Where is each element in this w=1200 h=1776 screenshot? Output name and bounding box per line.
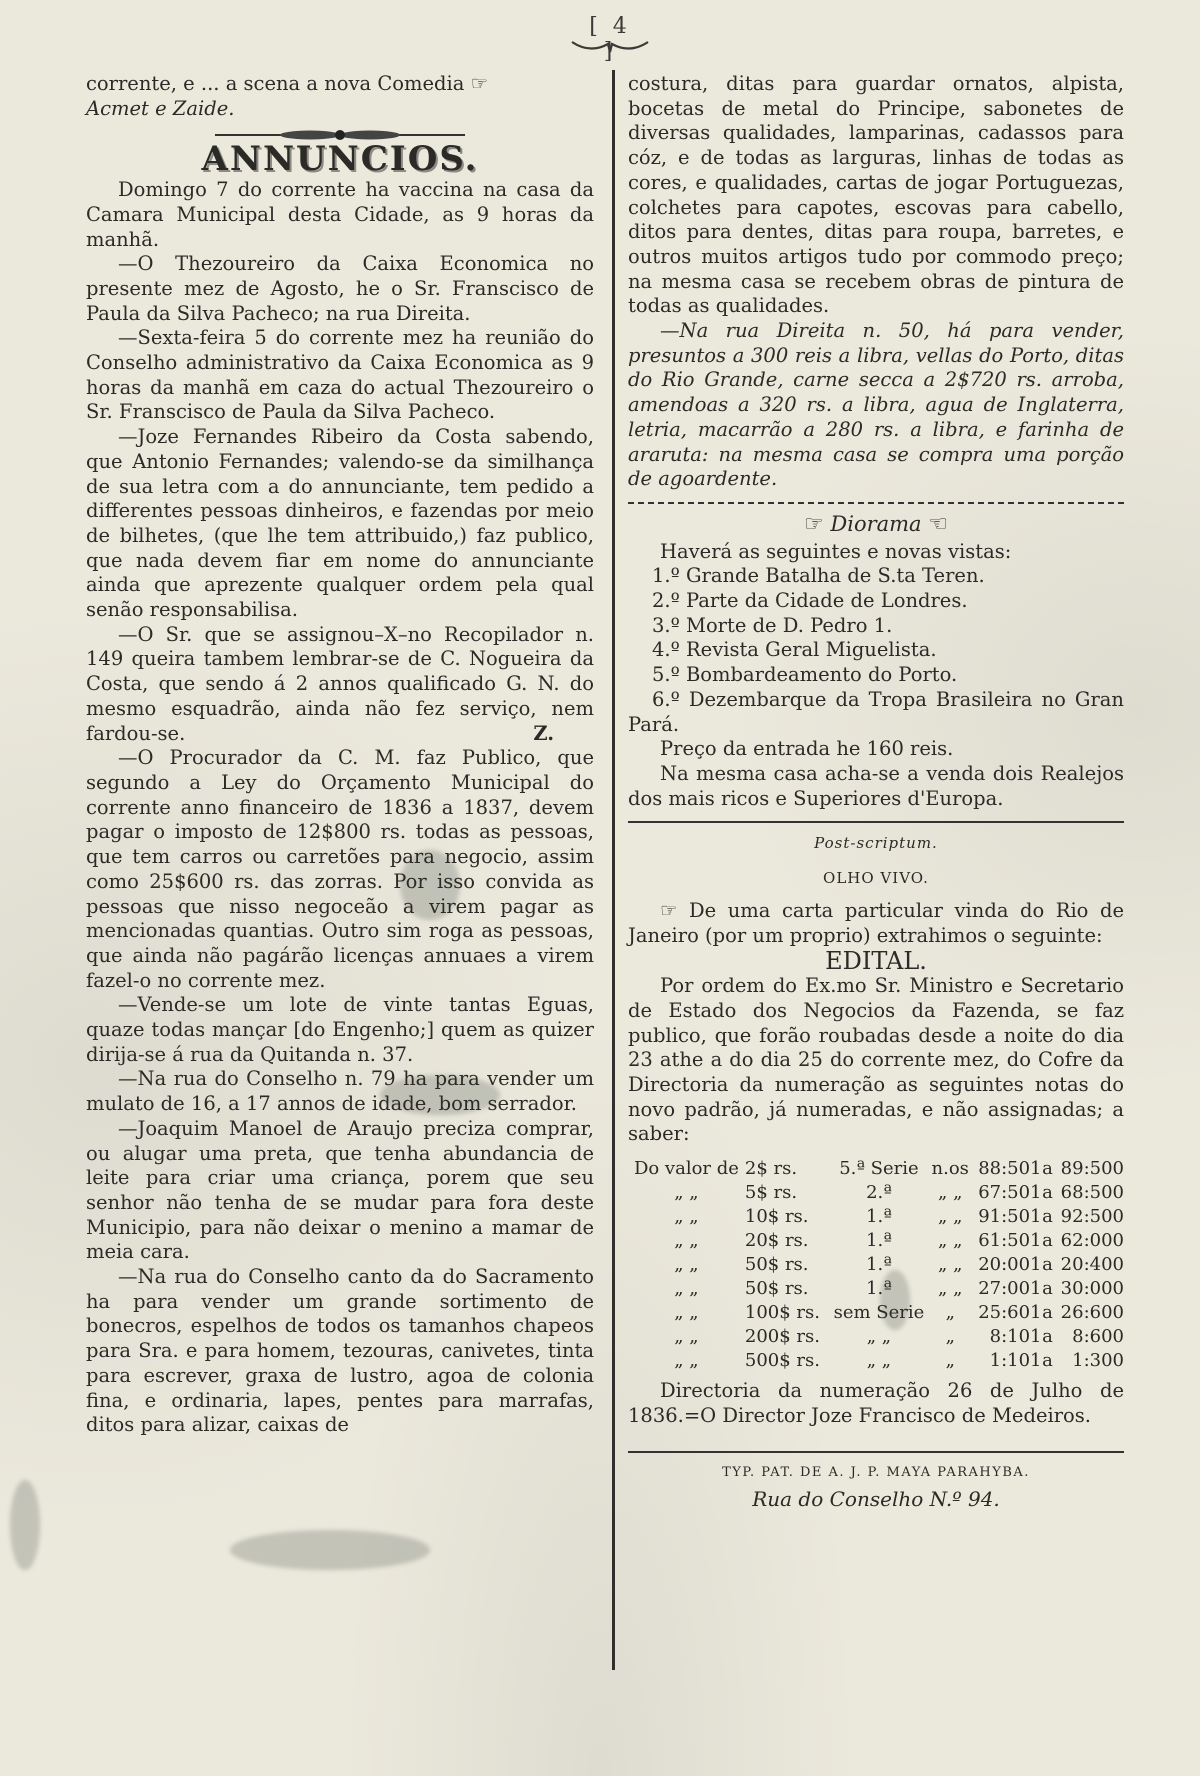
- note-serie: 1.ª: [828, 1253, 929, 1277]
- note-number-label: „ „: [929, 1253, 971, 1277]
- stolen-notes-table: Do valor de2$ rs.5.ª Serien.os88:501a89:…: [628, 1157, 1124, 1373]
- diorama-views-list: 1.º Grande Batalha de S.ta Teren. 2.º Pa…: [628, 564, 1124, 737]
- note-value: 200$ rs.: [745, 1325, 829, 1349]
- ad-paragraph: —Vende-se um lote de vinte tantas Eguas,…: [86, 993, 594, 1067]
- note-serie: 1.ª: [828, 1205, 929, 1229]
- note-number-label: n.os: [929, 1157, 971, 1181]
- note-serie: sem Serie: [828, 1301, 929, 1325]
- notes-table-row: „ „10$ rs.1.ª„ „91:501a92:500: [628, 1205, 1124, 1229]
- notes-table-row: „ „5$ rs.2.ª„ „67:501a68:500: [628, 1181, 1124, 1205]
- note-number-label: „ „: [929, 1181, 971, 1205]
- ad-paragraph: —O Procurador da C. M. faz Publico, que …: [86, 746, 594, 993]
- note-range-to: 68:500: [1053, 1181, 1124, 1205]
- post-scriptum-title: Post-scriptum.: [628, 831, 1124, 856]
- newspaper-page: [ 4 ] corrente, e ... a scena a nova Com…: [0, 0, 1200, 1776]
- notes-table-row: Do valor de2$ rs.5.ª Serien.os88:501a89:…: [628, 1157, 1124, 1181]
- range-separator: a: [1042, 1157, 1054, 1181]
- diorama-title: ☞ Diorama ☜: [628, 512, 1124, 538]
- ad-paragraph: —Na rua do Conselho n. 79 ha para vender…: [86, 1067, 594, 1116]
- range-separator: a: [1042, 1253, 1054, 1277]
- diorama-view-item: 4.º Revista Geral Miguelista.: [628, 638, 1124, 663]
- brace-ornament-icon: [570, 38, 650, 54]
- note-prefix: „ „: [628, 1205, 745, 1229]
- range-separator: a: [1042, 1325, 1054, 1349]
- right-column: costura, ditas para guardar ornatos, alp…: [628, 72, 1124, 1512]
- note-number-label: „ „: [929, 1277, 971, 1301]
- comedy-title: Acmet e Zaide.: [86, 97, 594, 122]
- imprint-rule: [628, 1451, 1124, 1453]
- note-prefix: „ „: [628, 1325, 745, 1349]
- note-number-label: „ „: [929, 1229, 971, 1253]
- note-serie: 5.ª Serie: [828, 1157, 929, 1181]
- ad-paragraph: —Joaquim Manoel de Araujo preciza compra…: [86, 1117, 594, 1265]
- note-number-label: „: [929, 1325, 971, 1349]
- note-prefix: „ „: [628, 1277, 745, 1301]
- note-serie: 1.ª: [828, 1229, 929, 1253]
- ad-paragraph: —O Sr. que se assignou–X–no Recopilador …: [86, 623, 594, 747]
- note-prefix: „ „: [628, 1181, 745, 1205]
- note-range-from: 20:001: [971, 1253, 1041, 1277]
- diorama-view-item: 1.º Grande Batalha de S.ta Teren.: [628, 564, 1124, 589]
- range-separator: a: [1042, 1181, 1054, 1205]
- note-prefix: Do valor de: [628, 1157, 745, 1181]
- note-serie: 2.ª: [828, 1181, 929, 1205]
- range-separator: a: [1042, 1205, 1054, 1229]
- diorama-view-item: 3.º Morte de D. Pedro 1.: [628, 614, 1124, 639]
- range-separator: a: [1042, 1277, 1054, 1301]
- note-range-to: 89:500: [1053, 1157, 1124, 1181]
- column-divider: [612, 70, 615, 1670]
- note-value: 100$ rs.: [745, 1301, 829, 1325]
- note-range-to: 30:000: [1053, 1277, 1124, 1301]
- edital-body: Por ordem do Ex.mo Sr. Ministro e Secret…: [628, 974, 1124, 1147]
- note-value: 50$ rs.: [745, 1277, 829, 1301]
- ad-paragraph: —O Thezoureiro da Caixa Economica no pre…: [86, 252, 594, 326]
- italic-ad: —Na rua Direita n. 50, há para vender, p…: [628, 319, 1124, 492]
- diorama-title-text: Diorama: [830, 512, 921, 536]
- note-prefix: „ „: [628, 1301, 745, 1325]
- pointing-hand-left-icon: ☜: [928, 512, 948, 537]
- note-value: 5$ rs.: [745, 1181, 829, 1205]
- section-rule: [628, 502, 1124, 504]
- continuation-text: costura, ditas para guardar ornatos, alp…: [628, 72, 1124, 319]
- note-number-label: „: [929, 1301, 971, 1325]
- note-range-from: 25:601: [971, 1301, 1041, 1325]
- printer-address: Rua do Conselho N.º 94.: [628, 1487, 1124, 1512]
- ad-paragraph: —Sexta-feira 5 do corrente mez ha reuniã…: [86, 326, 594, 425]
- ink-stain: [230, 1530, 430, 1570]
- note-range-from: 88:501: [971, 1157, 1041, 1181]
- note-range-from: 91:501: [971, 1205, 1041, 1229]
- note-value: 20$ rs.: [745, 1229, 829, 1253]
- note-prefix: „ „: [628, 1349, 745, 1373]
- note-serie: „ „: [828, 1349, 929, 1373]
- note-prefix: „ „: [628, 1229, 745, 1253]
- printer-imprint: TYP. PAT. DE A. J. P. MAYA PARAHYBA.: [628, 1461, 1124, 1486]
- note-value: 10$ rs.: [745, 1205, 829, 1229]
- notes-table-row: „ „100$ rs.sem Serie„25:601a26:600: [628, 1301, 1124, 1325]
- note-range-to: 26:600: [1053, 1301, 1124, 1325]
- pointing-hand-right-icon: ☞: [804, 512, 824, 537]
- notes-table-row: „ „20$ rs.1.ª„ „61:501a62:000: [628, 1229, 1124, 1253]
- notes-table-row: „ „200$ rs.„ „„8:101a8:600: [628, 1325, 1124, 1349]
- section-rule: [628, 821, 1124, 823]
- notes-table-row: „ „50$ rs.1.ª„ „20:001a20:400: [628, 1253, 1124, 1277]
- notes-table-row: „ „500$ rs.„ „„1:101a1:300: [628, 1349, 1124, 1373]
- note-range-to: 1:300: [1053, 1349, 1124, 1373]
- diorama-view-item: 2.º Parte da Cidade de Londres.: [628, 589, 1124, 614]
- carryover-text: corrente, e ... a scena a nova Comedia ☞: [86, 72, 594, 97]
- notes-table-row: „ „50$ rs.1.ª„ „27:001a30:000: [628, 1277, 1124, 1301]
- range-separator: a: [1042, 1349, 1054, 1373]
- note-value: 2$ rs.: [745, 1157, 829, 1181]
- note-range-from: 27:001: [971, 1277, 1041, 1301]
- note-range-from: 61:501: [971, 1229, 1041, 1253]
- note-range-from: 67:501: [971, 1181, 1041, 1205]
- note-range-to: 20:400: [1053, 1253, 1124, 1277]
- olho-vivo-subtitle: OLHO VIVO.: [628, 866, 1124, 891]
- range-separator: a: [1042, 1229, 1054, 1253]
- diorama-view-item: 5.º Bombardeamento do Porto.: [628, 663, 1124, 688]
- ad-paragraph: Domingo 7 do corrente ha vaccina na casa…: [86, 178, 594, 252]
- note-number-label: „ „: [929, 1205, 971, 1229]
- note-range-to: 62:000: [1053, 1229, 1124, 1253]
- ps-intro: ☞ De uma carta particular vinda do Rio d…: [628, 899, 1124, 948]
- note-value: 500$ rs.: [745, 1349, 829, 1373]
- note-serie: „ „: [828, 1325, 929, 1349]
- note-number-label: „: [929, 1349, 971, 1373]
- note-prefix: „ „: [628, 1253, 745, 1277]
- range-separator: a: [1042, 1301, 1054, 1325]
- diorama-view-item: 6.º Dezembarque da Tropa Brasileira no G…: [628, 688, 1124, 737]
- note-range-from: 8:101: [971, 1325, 1041, 1349]
- note-range-from: 1:101: [971, 1349, 1041, 1373]
- note-value: 50$ rs.: [745, 1253, 829, 1277]
- ink-stain: [10, 1480, 40, 1570]
- diorama-note: Na mesma casa acha-se a venda dois Reale…: [628, 762, 1124, 811]
- left-column: corrente, e ... a scena a nova Comedia ☞…: [86, 72, 594, 1438]
- note-range-to: 92:500: [1053, 1205, 1124, 1229]
- edital-closing: Directoria da numeração 26 de Julho de 1…: [628, 1379, 1124, 1428]
- ad-paragraph: —Na rua do Conselho canto da do Sacramen…: [86, 1265, 594, 1438]
- note-serie: 1.ª: [828, 1277, 929, 1301]
- note-range-to: 8:600: [1053, 1325, 1124, 1349]
- signature: Z.: [501, 722, 554, 747]
- ad-paragraph: —Joze Fernandes Ribeiro da Costa sabendo…: [86, 425, 594, 623]
- diorama-intro: Haverá as seguintes e novas vistas:: [628, 540, 1124, 565]
- section-heading-annuncios: ANNUNCIOS.: [86, 147, 594, 172]
- diorama-price: Preço da entrada he 160 reis.: [628, 737, 1124, 762]
- edital-title: EDITAL.: [628, 948, 1124, 974]
